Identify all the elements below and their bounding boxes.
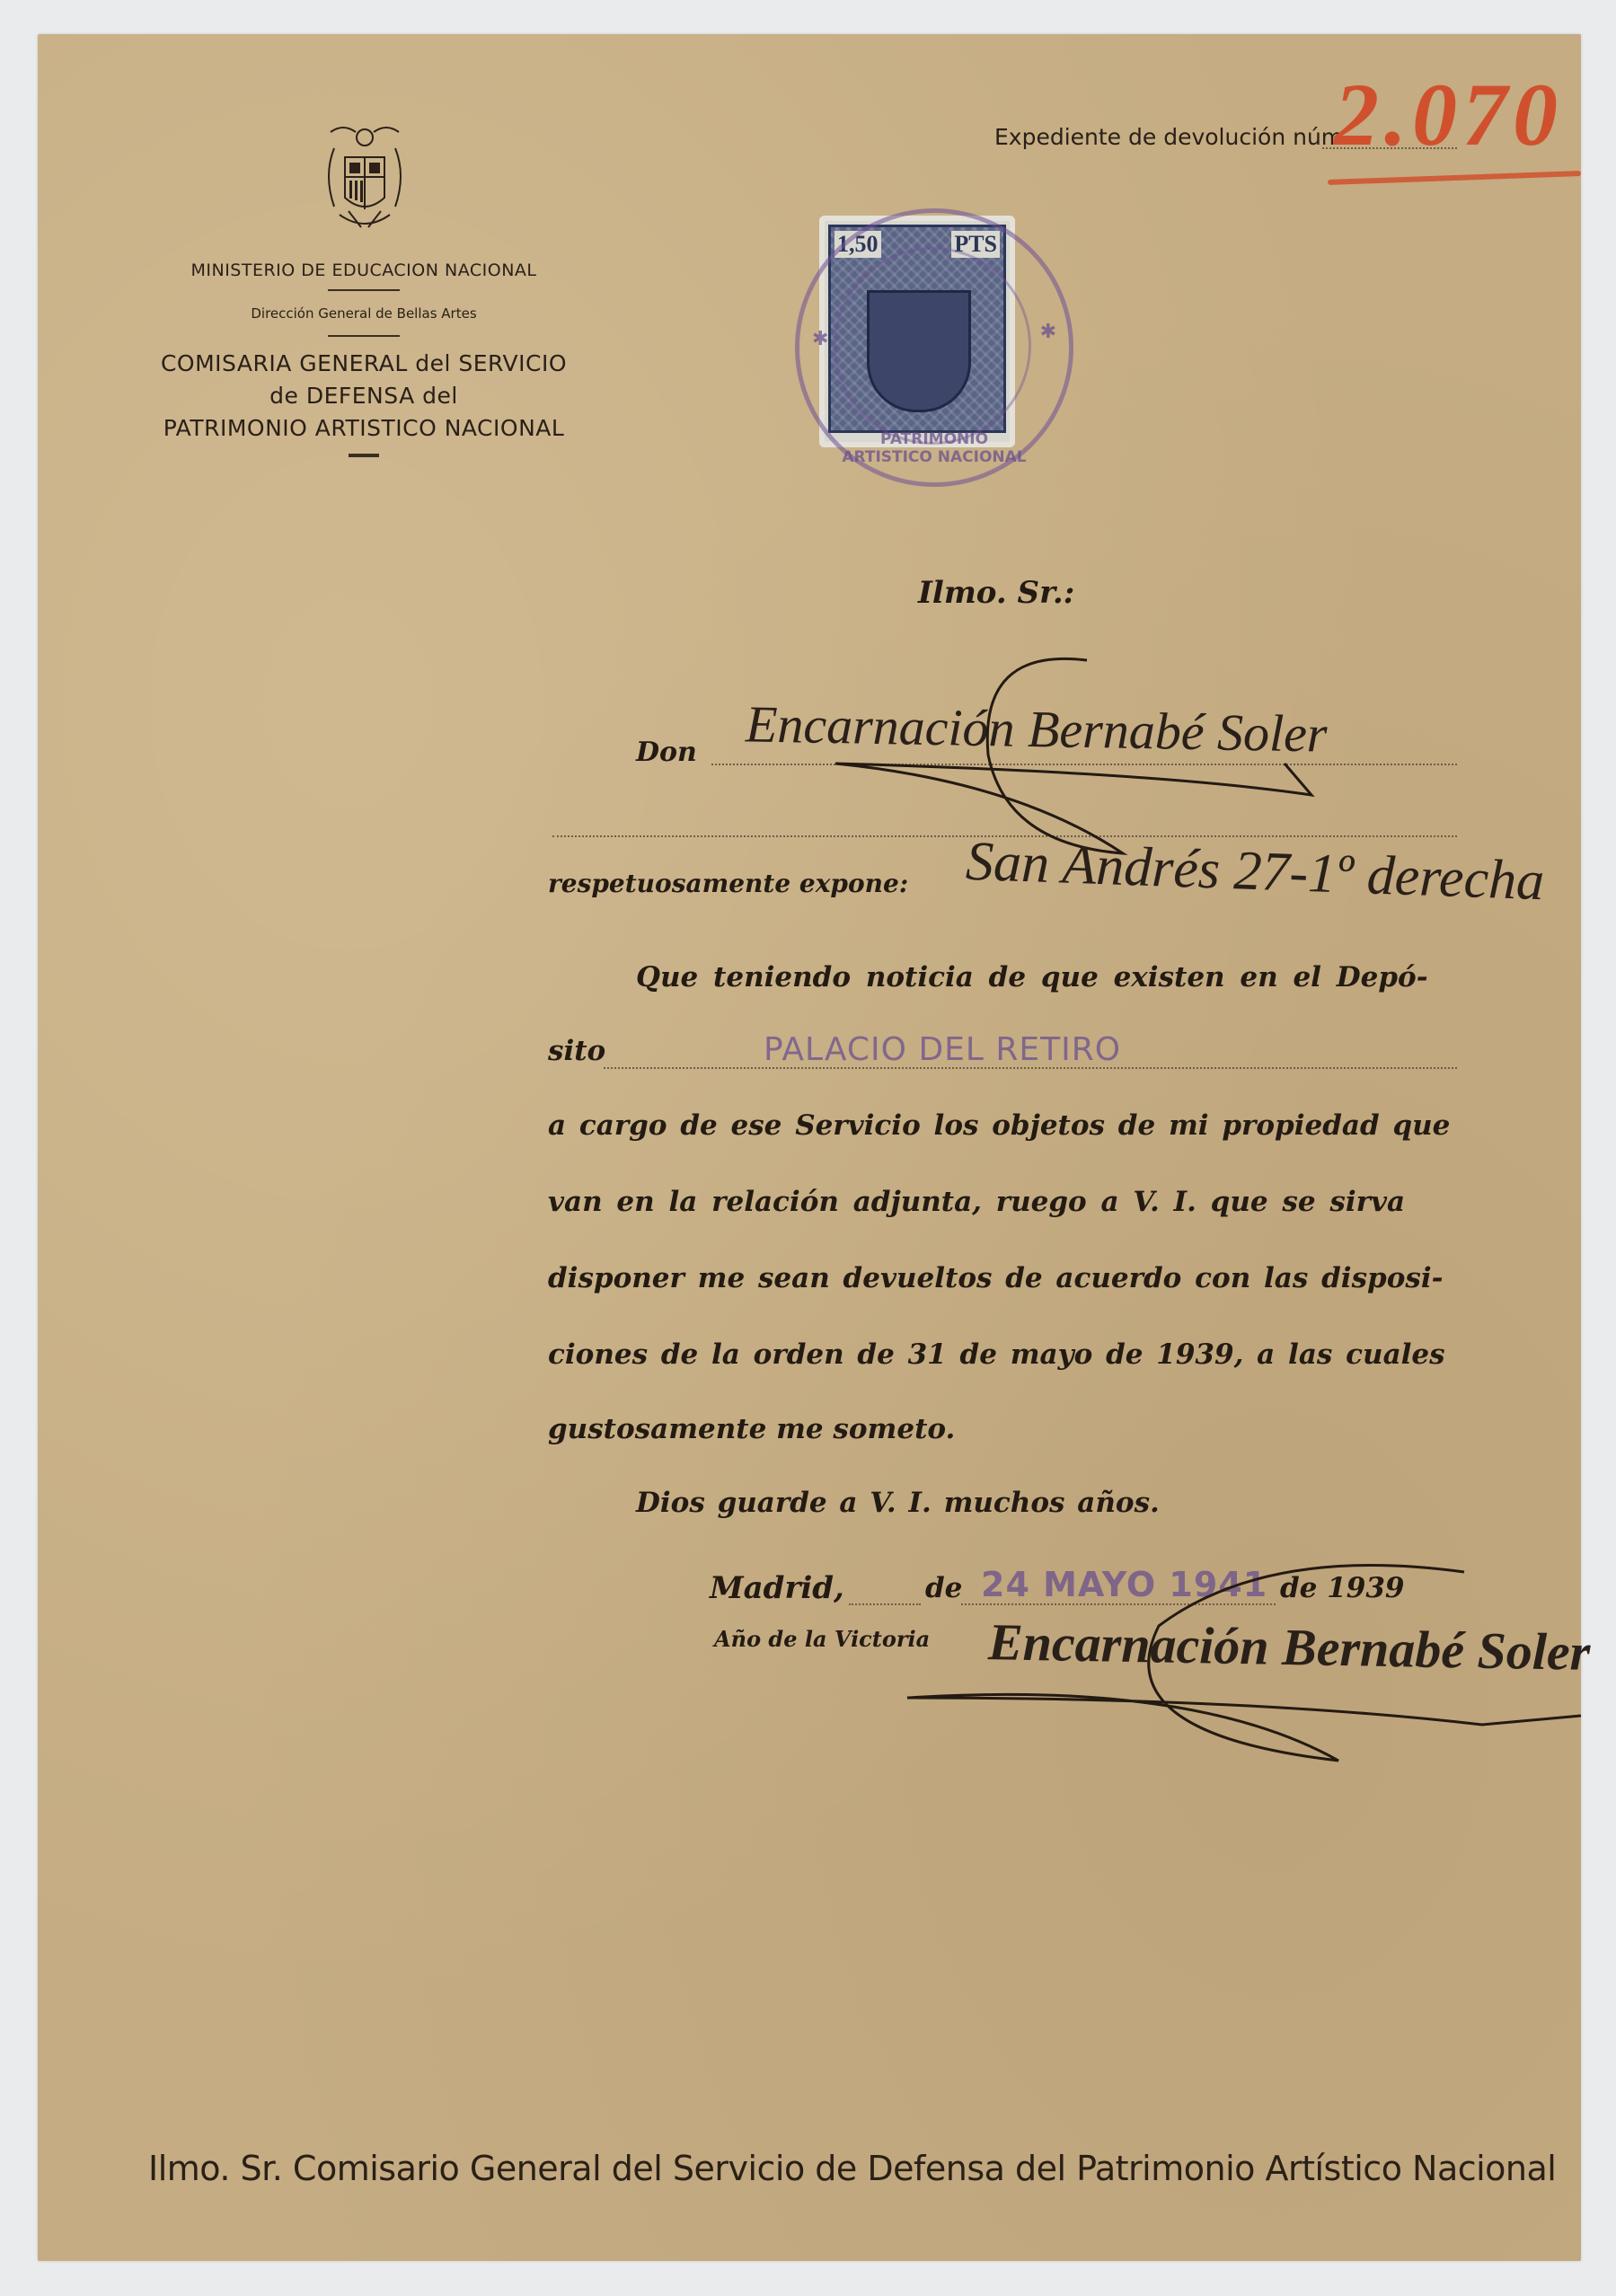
commission-line-2: de DEFENSA del [108,383,620,409]
spanish-coat-of-arms-icon [322,121,408,234]
postmark-seal: PATRIMONIO ARTISTICO NACIONAL ✱ ✱ [795,208,1073,487]
body-line-6: ciones de la orden de 31 de mayo de 1939… [548,1338,1445,1371]
file-number-label: Expediente de devolución núm. [994,124,1350,150]
signature-flourish [782,647,1482,862]
date-city: Madrid, [710,1570,844,1606]
directorate-name: Dirección General de Bellas Artes [108,305,620,322]
divider [328,289,400,291]
closing-line: Dios guarde a V. I. muchos años. [636,1487,1160,1519]
postmark-text: PATRIMONIO ARTISTICO NACIONAL [835,430,1033,466]
divider [349,454,379,457]
address-label: respetuosamente expone: [548,869,908,898]
file-number-value: 2.070 [1334,63,1563,166]
body-line-3: a cargo de ese Servicio los objetos de m… [548,1109,1450,1142]
deposit-stamp: PALACIO DEL RETIRO [764,1031,1121,1068]
body-line-4: van en la relación adjunta, ruego a V. I… [548,1186,1405,1218]
addressee-footer: Ilmo. Sr. Comisario General del Servicio… [148,2149,1556,2188]
ministry-name: MINISTERIO DE EDUCACION NACIONAL [108,261,620,280]
commission-line-1: COMISARIA GENERAL del SERVICIO [108,350,620,376]
commission-line-3: PATRIMONIO ARTISTICO NACIONAL [108,415,620,441]
body-line-5: disponer me sean devueltos de acuerdo co… [548,1262,1443,1294]
asterisk-icon: ✱ [812,328,828,350]
body-line-2-label: sito [548,1035,605,1067]
divider [328,335,400,337]
body-line-7: gustosamente me someto. [548,1413,955,1445]
don-label: Don [636,737,697,768]
asterisk-icon: ✱ [1040,321,1056,343]
signature-flourish [889,1554,1590,1779]
body-line-1: Que teniendo noticia de que existen en e… [636,961,1428,993]
salutation: Ilmo. Sr.: [918,575,1074,611]
